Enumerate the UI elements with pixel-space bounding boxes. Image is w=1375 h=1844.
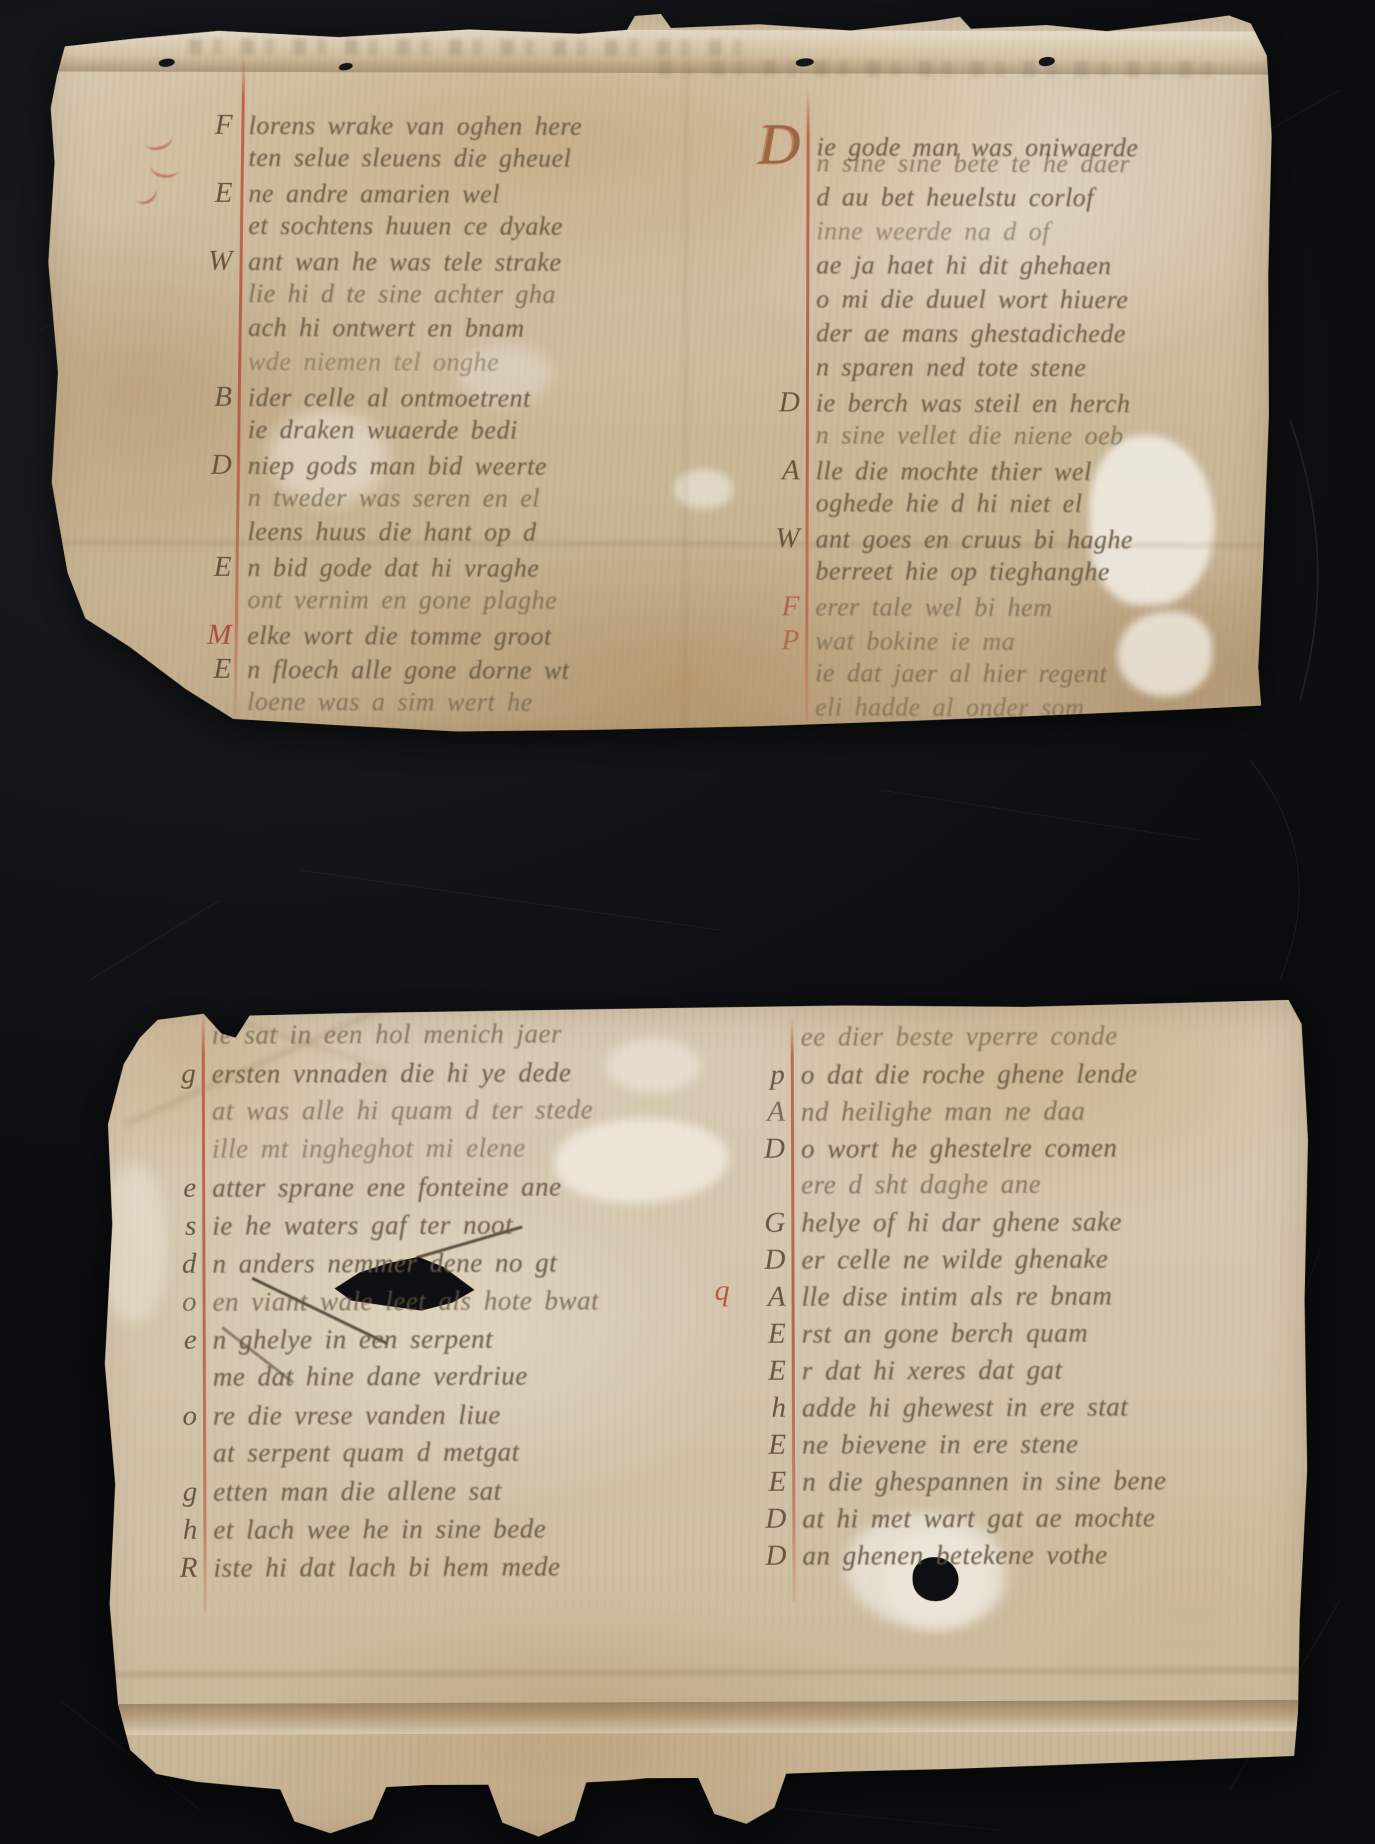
manuscript-line: d au bet heuelstu corlof [748,182,1279,217]
line-initial: o [145,1400,197,1433]
verse-text: an ghenen betekene vothe [786,1540,1107,1572]
manuscript-line: D ie gode man was oniwaerde [749,114,1279,149]
parchment-fragment-top: F lorens wrake van oghen here ten selue … [37,12,1279,741]
parchment-fragment-bottom: ie sat in een hol menich jaer g ersten v… [84,1000,1315,1844]
verse-text: niep gods man bid weerte [232,451,547,482]
line-initial: d [144,1248,196,1281]
line-initial: D [734,1503,786,1536]
manuscript-line: D an ghenen betekene vothe [734,1538,1294,1577]
line-initial: A [734,1281,786,1314]
rubrication-mark [143,127,175,153]
manuscript-line: g ersten vnnaden die hi ye dede [144,1056,724,1096]
verse-text: n floech alle gone dorne wt [231,655,569,686]
line-initial: M [179,619,231,652]
verse-text: oghede hie d hi niet el [800,488,1083,519]
manuscript-line: ie dat jaer al hier regent [747,658,1279,693]
verse-text: en viant wale leet als hote bwat [197,1285,600,1317]
line-initial: s [144,1210,196,1243]
text-column-2: D ie gode man was oniwaerde n sine sine … [747,114,1279,727]
verse-text: ie dat jaer al hier regent [799,658,1107,689]
verse-text: ant goes en cruus bi haghe [800,524,1134,555]
manuscript-line: ie sat in een hol menich jaer [144,1018,724,1058]
manuscript-line: e n ghelye in een serpent [145,1322,725,1362]
verse-text: ere d sht daghe ane [785,1169,1041,1201]
manuscript-line: ere d sht daghe ane [733,1168,1293,1207]
manuscript-line: E n die ghespannen in sine bene [734,1464,1294,1503]
verse-text: ae ja haet hi dit ghehaen [800,250,1111,281]
verse-text: ten selue sleuens die gheuel [233,143,572,174]
line-initial: A [748,454,800,487]
manuscript-line: F lorens wrake van oghen here [181,109,741,144]
manuscript-line: ae ja haet hi dit ghehaen [748,250,1279,285]
manuscript-line: E rst an gone berch quam [734,1316,1294,1355]
verse-text: r dat hi xeres dat gat [786,1355,1063,1387]
verse-text: etten man die allene sat [197,1476,502,1508]
crease [86,1668,1314,1677]
manuscript-line: A lle dise intim als re bnam [734,1279,1294,1318]
manuscript-line: et sochtens huuen ce dyake [180,211,740,246]
verse-text: helye of hi dar ghene sake [785,1207,1122,1239]
line-initial: P [747,624,799,657]
manuscript-line: at serpent quam d metgat [145,1436,725,1476]
manuscript-line: D ie berch was steil en herch [748,386,1279,421]
manuscript-line: E n floech alle gone dorne wt [179,653,739,688]
manuscript-line: E ne andre amarien wel [180,177,740,212]
verse-text: der ae mans ghestadichede [800,318,1126,349]
verse-text: ne bievene in ere stene [786,1429,1078,1461]
verse-text: ersten vnnaden die hi ye dede [196,1057,572,1089]
manuscript-line: lie hi d te sine achter gha [180,279,740,314]
verse-text: berreet hie op tieghanghe [799,556,1109,587]
manuscript-line: ee dier beste vperre conde [733,1020,1293,1059]
line-initial: F [181,109,233,142]
manuscript-line: n sine vellet die niene oeb [748,420,1279,455]
manuscript-line: E r dat hi xeres dat gat [734,1353,1294,1392]
verse-text: o dat die roche ghene lende [785,1058,1138,1090]
parchment-surface: F lorens wrake van oghen here ten selue … [37,12,1279,741]
line-initial: E [734,1318,786,1351]
line-initial: W [748,522,800,555]
line-initial: D [733,1244,785,1277]
parchment-surface: ie sat in een hol menich jaer g ersten v… [84,1000,1315,1844]
line-initial: o [145,1286,197,1319]
manuscript-line: E ne bievene in ere stene [734,1427,1294,1466]
line-initial: E [179,551,231,584]
manuscript-line: B ider celle al ontmoetrent [180,381,740,416]
verse-text: wde niemen tel onghe [232,347,499,378]
manuscript-line: leens huus die hant op d [180,517,740,552]
manuscript-line: e atter sprane ene fonteine ane [144,1170,724,1210]
line-initial: g [144,1058,196,1091]
manuscript-line: W ant goes en cruus bi haghe [748,522,1279,557]
verse-text: o wort he ghestelre comen [785,1133,1118,1165]
line-initial: E [179,653,231,686]
line-initial: e [144,1172,196,1205]
line-initial: E [180,177,232,210]
line-initial: D [748,386,800,419]
verse-text: lorens wrake van oghen here [233,111,582,142]
manuscript-line: D o wort he ghestelre comen [733,1131,1293,1170]
line-initial: e [145,1324,197,1357]
verse-text: ont vernim en gone plaghe [231,585,557,616]
verse-text: ider celle al ontmoetrent [232,383,531,414]
line-initial: E [734,1355,786,1388]
verse-text: d au bet heuelstu corlof [800,182,1094,213]
verse-text: me dat hine dane verdriue [197,1361,528,1393]
manuscript-line: F erer tale wel bi hem [747,590,1279,625]
verse-text: er celle ne wilde ghenake [785,1244,1108,1276]
manuscript-line: d n anders nemmer dene no gt [144,1246,724,1286]
manuscript-line: P wat bokine ie ma [747,624,1279,659]
line-initial: B [180,381,232,414]
manuscript-line: o mi die duuel wort hiuere [748,284,1279,319]
verse-text: ie berch was steil en herch [800,388,1131,419]
manuscript-line: ie draken wuaerde bedi [180,415,740,450]
manuscript-line: ach hi ontwert en bnam [180,313,740,348]
manuscript-line: o en viant wale leet als hote bwat [145,1284,725,1324]
verse-text: et sochtens huuen ce dyake [232,211,563,242]
line-initial: F [747,590,799,623]
manuscript-line: g etten man die allene sat [145,1474,725,1514]
text-column-4: ee dier beste vperre conde p o dat die r… [733,1020,1295,1577]
verse-text: n sine vellet die niene oeb [800,420,1124,451]
verse-text: n ghelye in een serpent [197,1324,494,1356]
line-initial: A [733,1096,785,1129]
verse-text: atter sprane ene fonteine ane [196,1171,562,1203]
verse-text: n die ghespannen in sine bene [786,1465,1166,1497]
offset-ink-ghost [659,60,1219,77]
fold-strip [86,1700,1314,1735]
manuscript-line: h adde hi ghewest in ere stat [734,1390,1294,1429]
verse-text: at serpent quam d metgat [197,1437,520,1469]
manuscript-line: s ie he waters gaf ter noot [144,1208,724,1248]
manuscript-line: D er celle ne wilde ghenake [733,1242,1293,1281]
verse-text: et lach wee he in sine bede [197,1514,546,1546]
manuscript-line: inne weerde na d of [748,216,1279,251]
verse-text: loene was a sim wert he [231,687,533,718]
text-column-3: ie sat in een hol menich jaer g ersten v… [144,1018,726,1590]
verse-text: leens huus die hant op d [232,517,537,548]
verse-text: at hi met wart gat ae mochte [786,1502,1155,1534]
verse-text: ee dier beste vperre conde [785,1021,1118,1053]
manuscript-line: n sine sine bete te he daer [749,148,1279,183]
verse-text: n sparen ned tote stene [800,352,1086,383]
manuscript-line: p o dat die roche ghene lende [733,1057,1293,1096]
verse-text: n bid gode dat hi vraghe [231,553,539,584]
line-initial: p [733,1059,785,1092]
verse-text: n sine sine bete te he daer [801,148,1131,179]
line-initial: D [734,1540,786,1573]
manuscript-line: eli hadde al onder som [747,692,1279,727]
verse-text: n anders nemmer dene no gt [196,1247,557,1279]
verse-text: ne andre amarien wel [232,179,500,210]
line-initial: W [180,245,232,278]
manuscript-line: R iste hi dat lach bi hem mede [145,1550,725,1590]
manuscript-line: ten selue sleuens die gheuel [181,143,741,178]
verse-text: ant wan he was tele strake [232,247,561,278]
verse-text: elke wort die tomme groot [231,621,552,652]
manuscript-line: berreet hie op tieghanghe [747,556,1279,591]
manuscript-line: wde niemen tel onghe [180,347,740,382]
verse-text: n tweder was seren en el [232,483,540,514]
rubrication-mark [131,180,160,207]
manuscript-line: der ae mans ghestadichede [748,318,1279,353]
verse-text: rst an gone berch quam [786,1318,1089,1350]
verse-text: lle die mochte thier wel [800,456,1092,487]
verse-text: adde hi ghewest in ere stat [786,1392,1128,1424]
line-initial: h [734,1392,786,1425]
verse-text: at was alle hi quam d ter stede [196,1094,593,1126]
verse-text: iste hi dat lach bi hem mede [197,1551,560,1583]
verse-text: lie hi d te sine achter gha [232,279,556,310]
verse-text: ie sat in een hol menich jaer [196,1018,563,1050]
manuscript-line: me dat hine dane verdriue [145,1360,725,1400]
verse-text: ille mt ingheghot mi elene [196,1133,526,1165]
manuscript-line: n tweder was seren en el [180,483,740,518]
text-column-1: F lorens wrake van oghen here ten selue … [179,109,741,722]
line-initial: D [733,1133,785,1166]
manuscript-line: at was alle hi quam d ter stede [144,1094,724,1134]
verse-text: eli hadde al onder som [799,692,1084,723]
manuscript-line: A nd heilighe man ne daa [733,1094,1293,1133]
line-initial: E [734,1429,786,1462]
offset-ink-ghost [189,39,749,56]
verse-text: ie he waters gaf ter noot [196,1210,513,1242]
verse-text: lle dise intim als re bnam [786,1281,1113,1313]
manuscript-line: E n bid gode dat hi vraghe [179,551,739,586]
manuscript-line: o re die vrese vanden liue [145,1398,725,1438]
manuscript-line: loene was a sim wert he [179,687,739,722]
verse-text: o mi die duuel wort hiuere [800,284,1128,315]
verse-text: ie draken wuaerde bedi [232,415,518,446]
manuscript-line: D niep gods man bid weerte [180,449,740,484]
line-initial: h [145,1514,197,1547]
line-initial: R [145,1552,197,1585]
verse-text: ach hi ontwert en bnam [232,313,525,344]
verse-text: wat bokine ie ma [799,626,1015,657]
verse-text: erer tale wel bi hem [799,592,1052,623]
manuscript-line: A lle die mochte thier wel [748,454,1279,489]
photo-background: F lorens wrake van oghen here ten selue … [0,0,1375,1844]
manuscript-line: ille mt ingheghot mi elene [144,1132,724,1172]
manuscript-line: M elke wort die tomme groot [179,619,739,654]
verse-text: re die vrese vanden liue [197,1400,501,1432]
verse-text: nd heilighe man ne daa [785,1096,1086,1128]
line-initial: D [180,449,232,482]
manuscript-line: oghede hie d hi niet el [748,488,1279,523]
line-initial: E [734,1466,786,1499]
manuscript-line: G helye of hi dar ghene sake [733,1205,1293,1244]
manuscript-line: n sparen ned tote stene [748,352,1279,387]
red-margin-note: q [714,1274,729,1308]
verse-text: inne weerde na d of [800,216,1050,247]
line-initial: g [145,1476,197,1509]
manuscript-line: W ant wan he was tele strake [180,245,740,280]
manuscript-line: D at hi met wart gat ae mochte [734,1501,1294,1540]
manuscript-line: ont vernim en gone plaghe [179,585,739,620]
manuscript-line: h et lach wee he in sine bede [145,1512,725,1552]
rubrication-mark [149,157,179,180]
line-initial: G [733,1207,785,1240]
